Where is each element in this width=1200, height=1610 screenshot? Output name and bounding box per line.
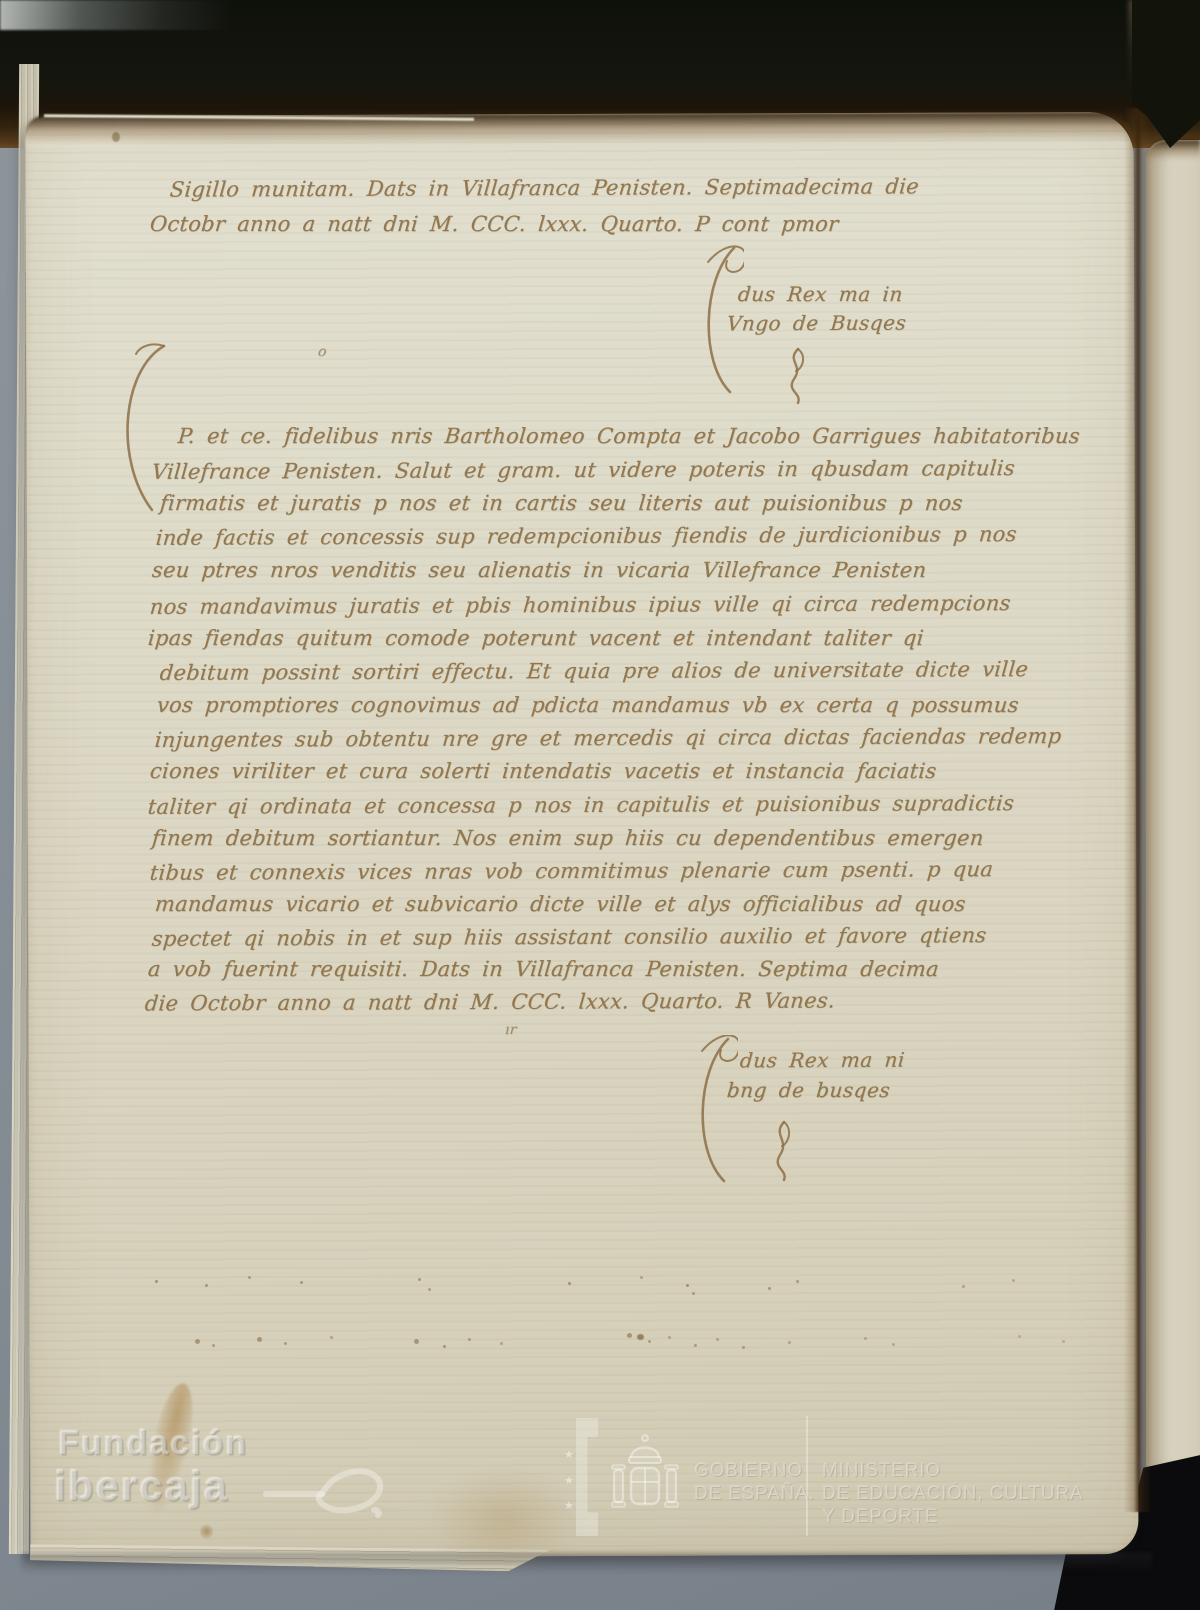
manuscript-line: vos promptiores cognovimus ad pdicta man… <box>156 693 1020 717</box>
manuscript-line: nos mandavimus juratis et pbis hominibus… <box>149 591 1012 619</box>
manuscript-line: inde factis et concessis sup redempcioni… <box>155 522 1018 550</box>
signature-line: Vngo de Busqes <box>726 311 907 336</box>
brown-stain-patch <box>430 1468 580 1573</box>
watermark-divider <box>806 1416 808 1536</box>
book-gutter-crease <box>1124 108 1152 1512</box>
manuscript-line: die Octobr anno a natt dni M. CCC. lxxx.… <box>144 988 836 1015</box>
manuscript-line: firmatis et juratis p nos et in cartis s… <box>159 491 964 515</box>
ibercaja-logo-icon <box>262 1452 386 1526</box>
paraph-flourish <box>762 1118 802 1184</box>
stray-mark: ır <box>504 1022 517 1038</box>
gobierno-watermark-line2: DE ESPAÑA. <box>694 1483 815 1505</box>
facing-page-strip <box>1146 140 1200 1472</box>
manuscript-line: tibus et connexis vices nras vob commiti… <box>149 857 994 885</box>
stray-mark-ring: o <box>317 344 327 360</box>
manuscript-line: finem debitum sortiantur. Nos enim sup h… <box>151 826 985 850</box>
manuscript-line: injungentes sub obtentu nre gre et merce… <box>154 724 1063 752</box>
brown-stain-dot <box>200 1524 213 1539</box>
manuscript-line: seu ptres nros venditis seu alienatis in… <box>151 558 928 582</box>
ministerio-watermark-line2: DE EDUCACIÓN, CULTURA <box>822 1483 1083 1505</box>
page-bottom-shadow <box>22 1553 1152 1573</box>
manuscript-line: Villefrance Penisten. Salut et gram. ut … <box>151 456 1016 484</box>
gobierno-watermark-line1: GOBIERNO <box>694 1460 803 1482</box>
manuscript-line: ciones viriliter et cura solerti intenda… <box>149 759 938 783</box>
ibercaja-watermark-line1: Fundación <box>58 1424 248 1463</box>
flag-star-icon: ★ <box>564 1448 574 1461</box>
flag-star-icon: ★ <box>564 1499 574 1512</box>
ink-bleedthrough-blob <box>637 1334 644 1340</box>
manuscript-closing-line: Octobr anno a natt dni M. CCC. lxxx. Qua… <box>149 212 840 236</box>
manuscript-line: P. et ce. fidelibus nris Bartholomeo Com… <box>177 424 1081 448</box>
manuscript-line: spectet qi nobis in et sup hiis assistan… <box>151 923 988 951</box>
signature-line: bng de busqes <box>726 1078 891 1102</box>
ink-stain-small <box>112 132 120 142</box>
flag-star-icon: ★ <box>564 1474 574 1487</box>
ibercaja-watermark-line2: ibercaja <box>54 1462 229 1510</box>
ministerio-watermark-line1: MINISTERIO <box>822 1460 941 1482</box>
manuscript-closing-line: Sigillo munitam. Dats in Villafranca Pen… <box>169 174 920 201</box>
signature-line: dus Rex ma in <box>737 282 904 306</box>
signature-line: dus Rex ma ni <box>739 1048 906 1073</box>
manuscript-photo: Sigillo munitam. Dats in Villafranca Pen… <box>0 0 1200 1610</box>
manuscript-line: ipas fiendas quitum comode poterunt vace… <box>147 626 925 650</box>
manuscript-line: taliter qi ordinata et concessa p nos in… <box>147 791 1015 819</box>
manuscript-line: debitum possint sortiri effectu. Et quia… <box>159 657 1029 685</box>
manuscript-line: a vob fuerint requisiti. Dats in Villafr… <box>147 957 940 981</box>
spain-coat-of-arms-icon <box>606 1430 684 1541</box>
paraph-flourish <box>776 345 816 407</box>
ink-bleedthrough-specks <box>0 0 3 3</box>
top-left-light-streak <box>0 0 360 30</box>
manuscript-line: mandamus vicario et subvicario dicte vil… <box>154 892 967 916</box>
signature-bracket-flourish <box>688 1035 738 1187</box>
ministerio-watermark-line3: Y DEPORTE <box>822 1506 938 1528</box>
